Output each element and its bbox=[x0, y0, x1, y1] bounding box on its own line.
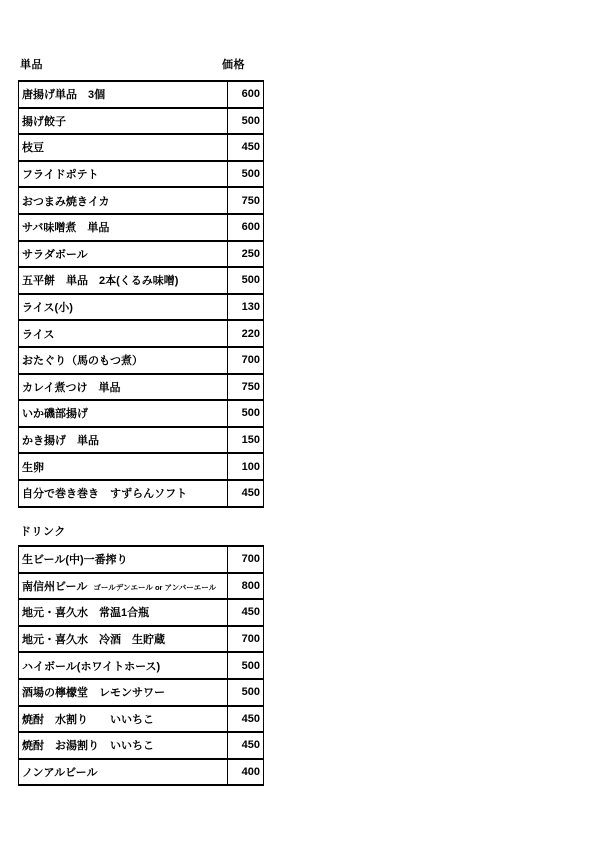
menu-item-row: 焼酎 お湯割り いいちこ450 bbox=[19, 732, 264, 759]
item-name-cell: おたぐり（馬のもつ煮） bbox=[19, 347, 228, 374]
item-name: カレイ煮つけ 単品 bbox=[22, 382, 120, 394]
item-name-cell: いか磯部揚げ bbox=[19, 400, 228, 427]
menu-item-row: かき揚げ 単品150 bbox=[19, 427, 264, 454]
item-price: 450 bbox=[228, 706, 264, 733]
menu-item-row: おたぐり（馬のもつ煮）700 bbox=[19, 347, 264, 374]
item-name: ノンアルビール bbox=[22, 767, 97, 779]
menu-item-row: 地元・喜久水 常温1合瓶450 bbox=[19, 599, 264, 626]
item-name-cell: 酒場の檸檬堂 レモンサワー bbox=[19, 679, 228, 706]
section-title-drink: ドリンク bbox=[20, 523, 66, 539]
menu-item-row: 生ビール(中)一番搾り700 bbox=[19, 546, 264, 573]
item-name-cell: かき揚げ 単品 bbox=[19, 427, 228, 454]
section-title-tanpin: 単品 bbox=[20, 56, 43, 72]
item-price: 700 bbox=[228, 347, 264, 374]
item-name-cell: フライドポテト bbox=[19, 161, 228, 188]
menu-item-row: フライドポテト500 bbox=[19, 161, 264, 188]
item-name-cell: ライス(小) bbox=[19, 294, 228, 321]
drink-table: 生ビール(中)一番搾り700南信州ビールゴールデンエール or アンバーエール8… bbox=[18, 545, 264, 786]
menu-item-row: ライス(小)130 bbox=[19, 294, 264, 321]
item-price: 600 bbox=[228, 81, 264, 108]
menu-item-row: カレイ煮つけ 単品750 bbox=[19, 374, 264, 401]
menu-item-row: 唐揚げ単品 3個600 bbox=[19, 81, 264, 108]
item-name-cell: サラダボール bbox=[19, 241, 228, 268]
menu-item-row: ハイボール(ホワイトホース)500 bbox=[19, 652, 264, 679]
item-price: 750 bbox=[228, 187, 264, 214]
item-price: 700 bbox=[228, 626, 264, 653]
item-name-cell: おつまみ焼きイカ bbox=[19, 187, 228, 214]
menu-item-row: 南信州ビールゴールデンエール or アンバーエール800 bbox=[19, 573, 264, 600]
item-name-cell: 焼酎 水割り いいちこ bbox=[19, 706, 228, 733]
item-name: ライス(小) bbox=[22, 302, 73, 314]
item-name-cell: 揚げ餃子 bbox=[19, 108, 228, 135]
item-name: ライス bbox=[22, 329, 55, 341]
menu-item-row: 自分で巻き巻き すずらんソフト450 bbox=[19, 480, 264, 507]
menu-page: 単品 価格 唐揚げ単品 3個600揚げ餃子500枝豆450フライドポテト500お… bbox=[0, 0, 596, 842]
item-name: 地元・喜久水 常温1合瓶 bbox=[22, 607, 149, 619]
item-name: サバ味噌煮 単品 bbox=[22, 222, 109, 234]
item-name-cell: サバ味噌煮 単品 bbox=[19, 214, 228, 241]
item-name-cell: 地元・喜久水 冷酒 生貯蔵 bbox=[19, 626, 228, 653]
item-name: 生ビール(中)一番搾り bbox=[22, 554, 128, 566]
item-name-cell: 五平餅 単品 2本(くるみ味噌) bbox=[19, 267, 228, 294]
item-price: 500 bbox=[228, 108, 264, 135]
item-name-cell: 自分で巻き巻き すずらんソフト bbox=[19, 480, 228, 507]
item-name-cell: 唐揚げ単品 3個 bbox=[19, 81, 228, 108]
item-name-cell: ノンアルビール bbox=[19, 759, 228, 786]
item-name: 焼酎 お湯割り いいちこ bbox=[22, 740, 154, 752]
item-name-cell: 生ビール(中)一番搾り bbox=[19, 546, 228, 573]
item-name-cell: 焼酎 お湯割り いいちこ bbox=[19, 732, 228, 759]
menu-item-row: 酒場の檸檬堂 レモンサワー500 bbox=[19, 679, 264, 706]
item-name: 生卵 bbox=[22, 462, 44, 474]
item-price: 800 bbox=[228, 573, 264, 600]
menu-item-row: 地元・喜久水 冷酒 生貯蔵700 bbox=[19, 626, 264, 653]
item-name: いか磯部揚げ bbox=[22, 408, 88, 420]
item-price: 400 bbox=[228, 759, 264, 786]
item-price: 700 bbox=[228, 546, 264, 573]
item-price: 250 bbox=[228, 241, 264, 268]
item-name-cell: 生卵 bbox=[19, 453, 228, 480]
item-price: 450 bbox=[228, 599, 264, 626]
item-name: ハイボール(ホワイトホース) bbox=[22, 661, 160, 673]
item-name: かき揚げ 単品 bbox=[22, 435, 99, 447]
item-price: 450 bbox=[228, 134, 264, 161]
item-name: 五平餅 単品 2本(くるみ味噌) bbox=[22, 275, 178, 287]
menu-item-row: おつまみ焼きイカ750 bbox=[19, 187, 264, 214]
item-note: ゴールデンエール or アンバーエール bbox=[93, 583, 216, 592]
item-price: 450 bbox=[228, 480, 264, 507]
menu-item-row: 生卵100 bbox=[19, 453, 264, 480]
item-name: 酒場の檸檬堂 レモンサワー bbox=[22, 687, 165, 699]
item-price: 500 bbox=[228, 161, 264, 188]
item-name: 自分で巻き巻き すずらんソフト bbox=[22, 488, 187, 500]
item-name-cell: カレイ煮つけ 単品 bbox=[19, 374, 228, 401]
item-price: 220 bbox=[228, 320, 264, 347]
item-name: 地元・喜久水 冷酒 生貯蔵 bbox=[22, 634, 165, 646]
item-name-cell: ハイボール(ホワイトホース) bbox=[19, 652, 228, 679]
menu-item-row: いか磯部揚げ500 bbox=[19, 400, 264, 427]
item-name: 唐揚げ単品 3個 bbox=[22, 89, 105, 101]
item-name-cell: ライス bbox=[19, 320, 228, 347]
item-price: 130 bbox=[228, 294, 264, 321]
item-price: 500 bbox=[228, 652, 264, 679]
menu-item-row: ライス220 bbox=[19, 320, 264, 347]
item-name: おつまみ焼きイカ bbox=[22, 196, 110, 208]
item-name: サラダボール bbox=[22, 249, 88, 261]
item-price: 100 bbox=[228, 453, 264, 480]
item-name: 枝豆 bbox=[22, 142, 44, 154]
item-price: 500 bbox=[228, 267, 264, 294]
item-price: 600 bbox=[228, 214, 264, 241]
item-name: 焼酎 水割り いいちこ bbox=[22, 714, 154, 726]
menu-item-row: ノンアルビール400 bbox=[19, 759, 264, 786]
item-name: フライドポテト bbox=[22, 169, 99, 181]
item-price: 500 bbox=[228, 679, 264, 706]
menu-item-row: 揚げ餃子500 bbox=[19, 108, 264, 135]
item-price: 750 bbox=[228, 374, 264, 401]
item-price: 500 bbox=[228, 400, 264, 427]
item-name-cell: 枝豆 bbox=[19, 134, 228, 161]
price-column-header: 価格 bbox=[222, 56, 245, 72]
item-name-cell: 南信州ビールゴールデンエール or アンバーエール bbox=[19, 573, 228, 600]
menu-item-row: 焼酎 水割り いいちこ450 bbox=[19, 706, 264, 733]
tanpin-table: 唐揚げ単品 3個600揚げ餃子500枝豆450フライドポテト500おつまみ焼きイ… bbox=[18, 80, 264, 508]
item-name: おたぐり（馬のもつ煮） bbox=[22, 355, 143, 367]
menu-item-row: サラダボール250 bbox=[19, 241, 264, 268]
item-name-cell: 地元・喜久水 常温1合瓶 bbox=[19, 599, 228, 626]
item-price: 150 bbox=[228, 427, 264, 454]
item-price: 450 bbox=[228, 732, 264, 759]
menu-item-row: 五平餅 単品 2本(くるみ味噌)500 bbox=[19, 267, 264, 294]
menu-item-row: サバ味噌煮 単品600 bbox=[19, 214, 264, 241]
item-name: 南信州ビール bbox=[22, 581, 87, 593]
item-name: 揚げ餃子 bbox=[22, 116, 66, 128]
menu-item-row: 枝豆450 bbox=[19, 134, 264, 161]
